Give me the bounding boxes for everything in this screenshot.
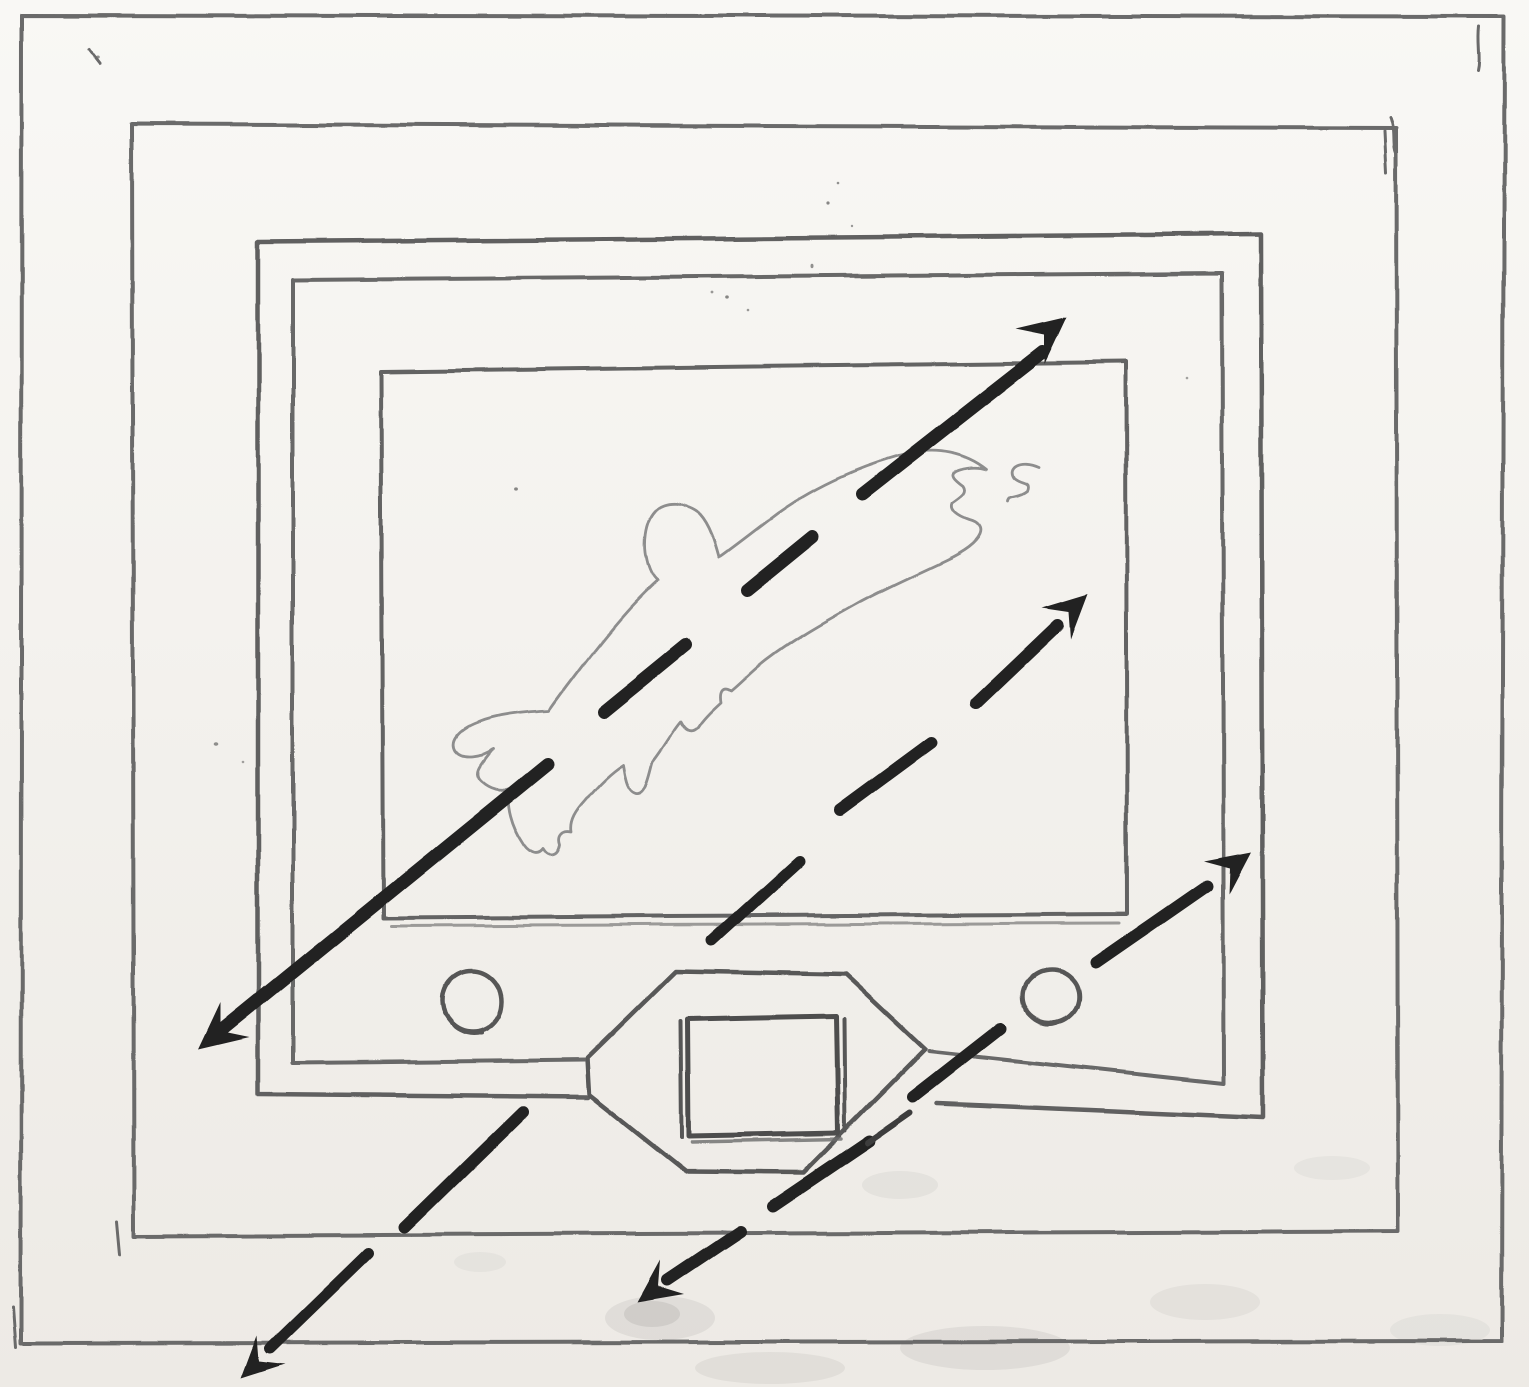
outer-frame-tick-tr bbox=[1478, 27, 1479, 71]
badge-rect-double-left bbox=[681, 1021, 682, 1137]
pencil-speck bbox=[837, 182, 840, 185]
pencil-speck bbox=[96, 56, 100, 59]
pencil-speck bbox=[1186, 377, 1189, 380]
pencil-speck bbox=[747, 309, 750, 312]
pencil-speck bbox=[711, 291, 714, 294]
scanned-sketch-page bbox=[0, 0, 1529, 1387]
paper-smudge bbox=[695, 1352, 845, 1384]
paper-smudge bbox=[1294, 1156, 1370, 1180]
paper-smudge bbox=[454, 1252, 506, 1272]
badge-rect-double-right bbox=[844, 1019, 845, 1131]
paper-smudge bbox=[900, 1326, 1070, 1370]
pencil-speck bbox=[514, 487, 518, 490]
pencil-speck bbox=[826, 201, 829, 204]
pencil-speck bbox=[811, 264, 814, 268]
pencil-speck bbox=[214, 742, 219, 746]
sketch-canvas bbox=[0, 0, 1529, 1387]
second-frame-tick-tr bbox=[1384, 131, 1386, 172]
pencil-speck bbox=[242, 761, 245, 763]
paper-smudge bbox=[862, 1171, 938, 1199]
pencil-speck bbox=[851, 225, 853, 227]
paper-smudge bbox=[624, 1301, 680, 1327]
paper-smudge bbox=[1150, 1284, 1260, 1320]
paper bbox=[0, 0, 1529, 1387]
pencil-speck bbox=[725, 295, 729, 298]
